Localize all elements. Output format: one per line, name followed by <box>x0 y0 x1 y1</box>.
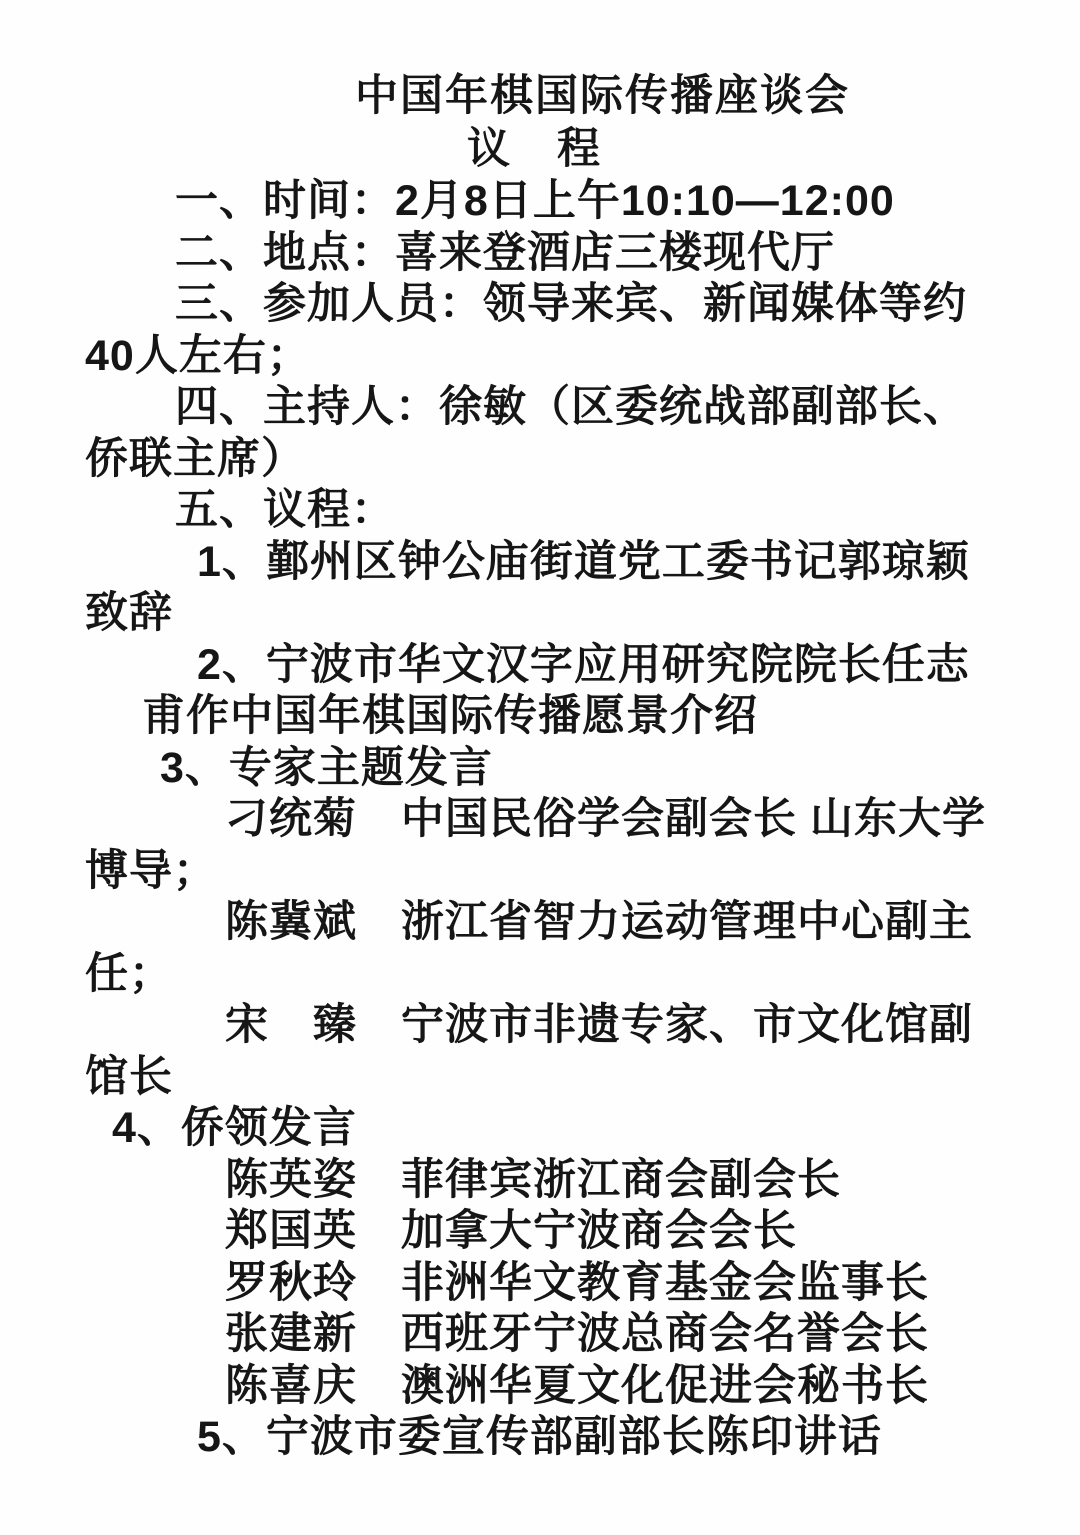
line-item1-cont: 致辞 <box>85 588 1040 640</box>
line-speaker-diaotongju-cont: 博导； <box>85 846 1040 898</box>
line-speaker-diaotongju: 刁统菊 中国民俗学会副会长 山东大学 <box>85 794 1040 846</box>
line-item2-cont: 甫作中国年棋国际传播愿景介绍 <box>85 691 1040 743</box>
line-participants-cont: 40人左右； <box>85 331 1040 383</box>
line-agenda-heading: 五、议程： <box>85 485 1040 537</box>
line-overseas-chenyingzi: 陈英姿 菲律宾浙江商会副会长 <box>85 1155 1040 1207</box>
line-item4: 4、侨领发言 <box>85 1103 1040 1155</box>
line-item3: 3、专家主题发言 <box>85 743 1040 795</box>
line-item5: 5、宁波市委宣传部副部长陈印讲话 <box>85 1412 1040 1464</box>
line-time: 一、时间：2月8日上午10:10—12:00 <box>85 176 1040 228</box>
line-location: 二、地点：喜来登酒店三楼现代厅 <box>85 228 1040 280</box>
line-host: 四、主持人：徐敏（区委统战部副部长、 <box>85 382 1040 434</box>
agenda-document-page: 中国年棋国际传播座谈会 议 程 一、时间：2月8日上午10:10—12:00 二… <box>0 0 1080 1535</box>
line-host-cont: 侨联主席） <box>85 434 1040 486</box>
document-title: 中国年棋国际传播座谈会 <box>125 70 1080 123</box>
line-overseas-zhangjianxin: 张建新 西班牙宁波总商会名誉会长 <box>85 1309 1040 1361</box>
agenda-content: 中国年棋国际传播座谈会 议 程 一、时间：2月8日上午10:10—12:00 二… <box>0 0 1080 1464</box>
document-subtitle: 议 程 <box>57 123 1012 176</box>
line-item1: 1、鄞州区钟公庙街道党工委书记郭琼颖 <box>85 537 1040 589</box>
line-item2: 2、宁波市华文汉字应用研究院院长任志 <box>85 640 1040 692</box>
line-overseas-chenxiqing: 陈喜庆 澳洲华夏文化促进会秘书长 <box>85 1361 1040 1413</box>
line-participants: 三、参加人员：领导来宾、新闻媒体等约 <box>85 279 1040 331</box>
line-speaker-chenjibin: 陈冀斌 浙江省智力运动管理中心副主 <box>85 897 1040 949</box>
line-speaker-songzhen-cont: 馆长 <box>85 1052 1040 1104</box>
line-speaker-songzhen: 宋 臻 宁波市非遗专家、市文化馆副 <box>85 1000 1040 1052</box>
line-overseas-luoqiuling: 罗秋玲 非洲华文教育基金会监事长 <box>85 1258 1040 1310</box>
line-speaker-chenjibin-cont: 任； <box>85 949 1040 1001</box>
line-overseas-zhengguoying: 郑国英 加拿大宁波商会会长 <box>85 1206 1040 1258</box>
